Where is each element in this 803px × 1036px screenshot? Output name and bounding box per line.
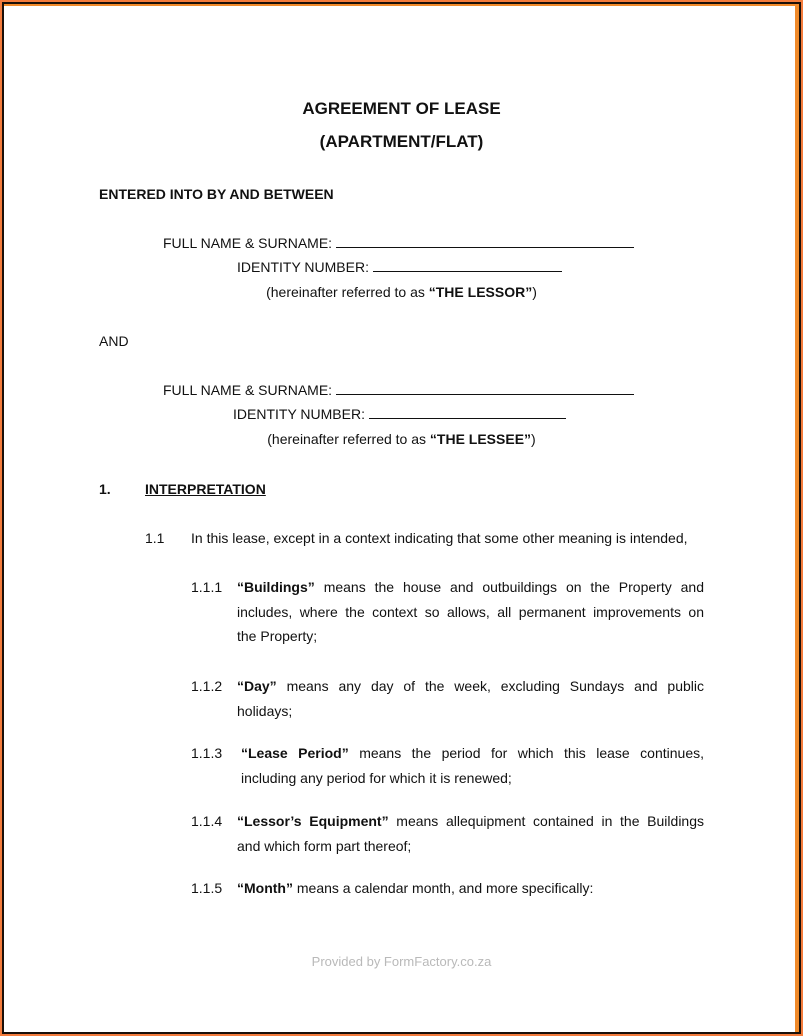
definition-line: “Month” means a calendar month, and more…: [237, 876, 704, 901]
lessor-referred-prefix: (hereinafter referred to as: [266, 284, 429, 300]
definition-item: “Day” means any day of the week, excludi…: [237, 674, 704, 723]
lessee-referred-note: (hereinafter referred to as “THE LESSEE”…: [0, 431, 803, 447]
definition-number: 1.1.3: [191, 745, 222, 761]
lessor-referred-suffix: ): [532, 284, 537, 300]
lessee-referred-prefix: (hereinafter referred to as: [267, 431, 430, 447]
lessor-referred-note: (hereinafter referred to as “THE LESSOR”…: [0, 284, 803, 300]
lessee-full-name-field[interactable]: [336, 382, 634, 395]
definition-text: and which form part thereof;: [237, 838, 411, 854]
definition-term: “Lessor’s Equipment”: [237, 813, 389, 829]
definition-term: “Day”: [237, 678, 277, 694]
and-label: AND: [99, 333, 129, 349]
lessor-identity-row: IDENTITY NUMBER:: [237, 259, 562, 275]
definition-line: including any period for which it is ren…: [241, 766, 704, 791]
definition-number: 1.1.4: [191, 813, 222, 829]
definition-text: means any day of the week, excluding Sun…: [277, 678, 704, 694]
definition-item: “Buildings” means the house and outbuild…: [237, 575, 704, 649]
lessee-identity-label: IDENTITY NUMBER:: [233, 406, 365, 422]
clause-1-1-text: In this lease, except in a context indic…: [191, 530, 688, 546]
definition-term: “Buildings”: [237, 579, 315, 595]
definition-number: 1.1.1: [191, 579, 222, 595]
definition-line: the Property;: [237, 624, 704, 649]
definition-number: 1.1.5: [191, 880, 222, 896]
definition-line: “Buildings” means the house and outbuild…: [237, 575, 704, 600]
lessor-term: “THE LESSOR”: [429, 284, 532, 300]
definition-number: 1.1.2: [191, 678, 222, 694]
definition-term: “Lease Period”: [241, 745, 349, 761]
lessor-full-name-label: FULL NAME & SURNAME:: [163, 235, 332, 251]
definition-item: “Lessor’s Equipment” means allequipment …: [237, 809, 704, 858]
definition-line: and which form part thereof;: [237, 834, 704, 859]
definition-text: means the house and outbuildings on the …: [315, 579, 704, 595]
definition-text: means allequipment contained in the Buil…: [389, 813, 704, 829]
lessee-term: “THE LESSEE”: [430, 431, 531, 447]
definition-text: including any period for which it is ren…: [241, 770, 512, 786]
lessee-full-name-label: FULL NAME & SURNAME:: [163, 382, 332, 398]
lessee-referred-suffix: ): [531, 431, 536, 447]
definition-text: means a calendar month, and more specifi…: [293, 880, 593, 896]
definition-text: means the period for which this lease co…: [349, 745, 704, 761]
definition-text: includes, where the context so allows, a…: [237, 604, 704, 620]
lessor-full-name-row: FULL NAME & SURNAME:: [163, 235, 634, 251]
definition-line: holidays;: [237, 699, 704, 724]
section-1-number: 1.: [99, 481, 111, 497]
section-1-heading: INTERPRETATION: [145, 481, 266, 497]
lessor-identity-label: IDENTITY NUMBER:: [237, 259, 369, 275]
definition-item: “Month” means a calendar month, and more…: [237, 876, 704, 901]
document-subtitle: (APARTMENT/FLAT): [0, 132, 803, 152]
lessee-identity-field[interactable]: [369, 406, 566, 419]
definition-line: “Lessor’s Equipment” means allequipment …: [237, 809, 704, 834]
definition-line: includes, where the context so allows, a…: [237, 600, 704, 625]
document-title: AGREEMENT OF LEASE: [0, 99, 803, 119]
footer-credit: Provided by FormFactory.co.za: [0, 954, 803, 969]
clause-1-1-number: 1.1: [145, 530, 164, 546]
lessor-full-name-field[interactable]: [336, 235, 634, 248]
lessee-identity-row: IDENTITY NUMBER:: [233, 406, 566, 422]
lessee-full-name-row: FULL NAME & SURNAME:: [163, 382, 634, 398]
definition-line: “Day” means any day of the week, excludi…: [237, 674, 704, 699]
definition-text: holidays;: [237, 703, 292, 719]
definition-item: “Lease Period” means the period for whic…: [241, 741, 704, 790]
definition-term: “Month”: [237, 880, 293, 896]
definition-line: “Lease Period” means the period for whic…: [241, 741, 704, 766]
entered-into-heading: ENTERED INTO BY AND BETWEEN: [99, 186, 334, 202]
lease-document: AGREEMENT OF LEASE (APARTMENT/FLAT) ENTE…: [0, 0, 803, 1036]
definition-text: the Property;: [237, 628, 317, 644]
lessor-identity-field[interactable]: [373, 259, 562, 272]
